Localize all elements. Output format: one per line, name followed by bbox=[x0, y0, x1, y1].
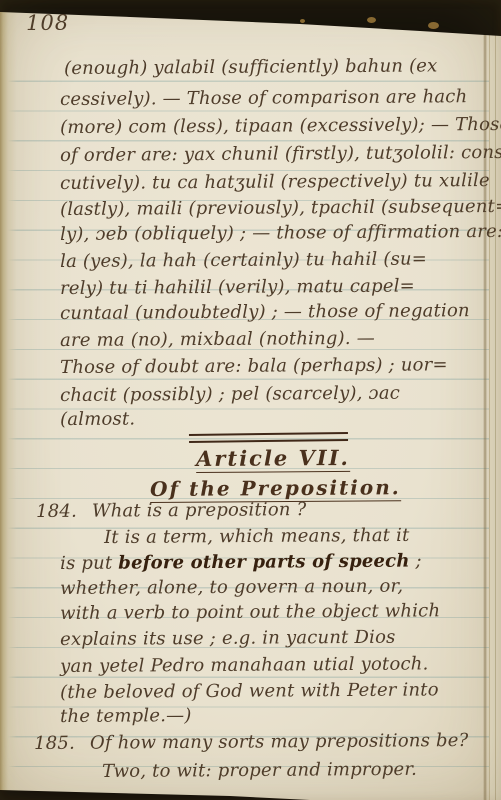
manuscript-line-11: are ma (no), mixbaal (nothing). — bbox=[60, 328, 375, 351]
text-segment: (enough) yalabil (sufficiently) bahun (e… bbox=[64, 55, 438, 79]
text-segment: (more) com (less), tipaan (excessively);… bbox=[60, 114, 501, 138]
text-segment: It is a term, which means, that it bbox=[104, 525, 410, 548]
text-segment: (the beloved of God went with Peter into bbox=[60, 679, 439, 703]
manuscript-line-27: Two, to wit: proper and improper. bbox=[102, 759, 417, 782]
manuscript-line-22: explains its use ; e.g. in yacunt Dios bbox=[60, 627, 396, 650]
text-segment: la (yes), la hah (certainly) tu hahil (s… bbox=[60, 248, 427, 272]
text-segment: Two, to wit: proper and improper. bbox=[102, 759, 417, 782]
manuscript-line-7: ly), ɔeb (obliquely) ; — those of affirm… bbox=[60, 221, 501, 245]
manuscript-line-17: 184.What is a preposition ? bbox=[36, 499, 307, 522]
manuscript-line-15: Article VII. bbox=[196, 445, 350, 473]
manuscript-line-9: rely) tu ti hahilil (verily), matu capel… bbox=[60, 276, 415, 299]
text-segment: are ma (no), mixbaal (nothing). — bbox=[60, 328, 375, 351]
text-segment: Of how many sorts may prepositions be? bbox=[90, 730, 469, 754]
text-segment: the temple.—) bbox=[60, 705, 192, 727]
manuscript-line-6: (lastly), maili (previously), tpachil (s… bbox=[60, 196, 501, 220]
manuscript-line-8: la (yes), la hah (certainly) tu hahil (s… bbox=[60, 248, 427, 272]
manuscript-line-26: 185.Of how many sorts may prepositions b… bbox=[34, 730, 469, 754]
background-bottom-band bbox=[0, 790, 501, 800]
manuscript-line-12: Those of doubt are: bala (perhaps) ; uor… bbox=[60, 354, 448, 378]
manuscript-line-10: cuntaal (undoubtedly) ; — those of negat… bbox=[60, 300, 470, 324]
paper-speck bbox=[300, 19, 305, 23]
text-segment: before other parts of speech bbox=[118, 551, 409, 574]
manuscript-line-3: (more) com (less), tipaan (excessively);… bbox=[60, 114, 501, 138]
text-segment: chacit (possibly) ; pel (scarcely), ɔac bbox=[60, 383, 400, 406]
background-top-band bbox=[0, 0, 501, 42]
text-segment: of order are: yax chunil (firstly), tutʒ… bbox=[60, 142, 501, 166]
paper-speck bbox=[428, 22, 439, 29]
text-segment: Article VII. bbox=[196, 445, 350, 473]
manuscript-line-5: cutively). tu ca hatʒulil (respectively)… bbox=[60, 170, 490, 194]
manuscript-line-19: is put before other parts of speech ; bbox=[60, 550, 422, 574]
text-segment: whether, alone, to govern a noun, or, bbox=[60, 576, 403, 599]
text-segment: cutively). tu ca hatʒulil (respectively)… bbox=[60, 170, 490, 194]
manuscript-line-21: with a verb to point out the object whic… bbox=[60, 600, 440, 624]
manuscript-photo: 108 (enough) yalabil (sufficiently) bahu… bbox=[0, 0, 501, 800]
text-segment: rely) tu ti hahilil (verily), matu capel… bbox=[60, 276, 415, 299]
manuscript-line-18: It is a term, which means, that it bbox=[104, 525, 410, 548]
manuscript-line-24: (the beloved of God went with Peter into bbox=[60, 679, 439, 703]
manuscript-line-13: chacit (possibly) ; pel (scarcely), ɔac bbox=[60, 383, 400, 406]
text-segment: Those of doubt are: bala (perhaps) ; uor… bbox=[60, 354, 448, 378]
page-number: 108 bbox=[26, 11, 69, 35]
paper-speck bbox=[367, 17, 376, 23]
manuscript-line-23: yan yetel Pedro manahaan utial yotoch. bbox=[60, 653, 429, 677]
manuscript-line-25: the temple.—) bbox=[60, 705, 192, 727]
text-segment: ; bbox=[410, 550, 422, 571]
text-segment: ly), ɔeb (obliquely) ; — those of affirm… bbox=[60, 221, 501, 245]
text-segment: cuntaal (undoubtedly) ; — those of negat… bbox=[60, 300, 470, 324]
manuscript-line-20: whether, alone, to govern a noun, or, bbox=[60, 576, 403, 599]
manuscript-line-1: (enough) yalabil (sufficiently) bahun (e… bbox=[64, 55, 438, 79]
manuscript-line-2: cessively). — Those of comparison are ha… bbox=[60, 86, 467, 110]
text-segment: with a verb to point out the object whic… bbox=[60, 600, 440, 624]
text-segment: cessively). — Those of comparison are ha… bbox=[60, 86, 467, 110]
manuscript-line-14: (almost. bbox=[60, 408, 135, 430]
text-segment: (lastly), maili (previously), tpachil (s… bbox=[60, 196, 501, 220]
question-number: 184. bbox=[36, 501, 77, 522]
text-segment: explains its use ; e.g. in yacunt Dios bbox=[60, 627, 396, 650]
text-segment: (almost. bbox=[60, 408, 135, 430]
left-binding-gutter bbox=[0, 11, 17, 795]
heading-double-rule bbox=[189, 432, 348, 443]
text-segment: is put bbox=[60, 553, 118, 574]
question-number: 185. bbox=[34, 733, 75, 754]
text-segment: yan yetel Pedro manahaan utial yotoch. bbox=[60, 653, 429, 677]
text-segment: What is a preposition ? bbox=[92, 499, 307, 521]
manuscript-line-4: of order are: yax chunil (firstly), tutʒ… bbox=[60, 142, 501, 166]
